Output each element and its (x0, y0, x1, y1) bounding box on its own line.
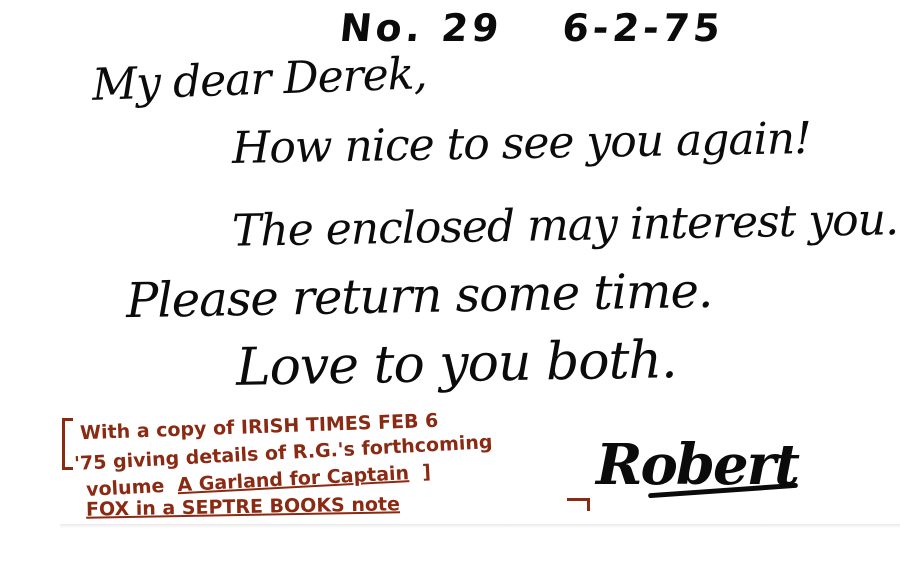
closing: Love to you both. (236, 330, 677, 398)
annotation-line-4: FOX in a SEPTRE BOOKS note (86, 491, 400, 523)
close-bracket-icon (567, 498, 590, 511)
annotation-line-4-text: FOX in a SEPTRE BOOKS note (86, 493, 400, 520)
body-line-1: How nice to see you again! (232, 113, 812, 174)
letter-card: No. 296-2-75 My dear Derek, How nice to … (0, 0, 900, 527)
body-line-3: Please return some time. (126, 263, 713, 329)
annotation-line-3-suffix: ] (422, 461, 432, 483)
letter-number: No. 29 (338, 6, 505, 50)
salutation: My dear Derek, (91, 48, 427, 111)
letter-date: 6-2-75 (560, 6, 726, 50)
archival-annotation: With a copy of IRISH TIMES FEB 6 '75 giv… (58, 414, 598, 526)
card-bottom-edge (60, 524, 900, 528)
body-line-2: The enclosed may interest you. (232, 194, 899, 257)
open-bracket-icon (62, 418, 73, 470)
letter-header: No. 296-2-75 (338, 6, 726, 50)
